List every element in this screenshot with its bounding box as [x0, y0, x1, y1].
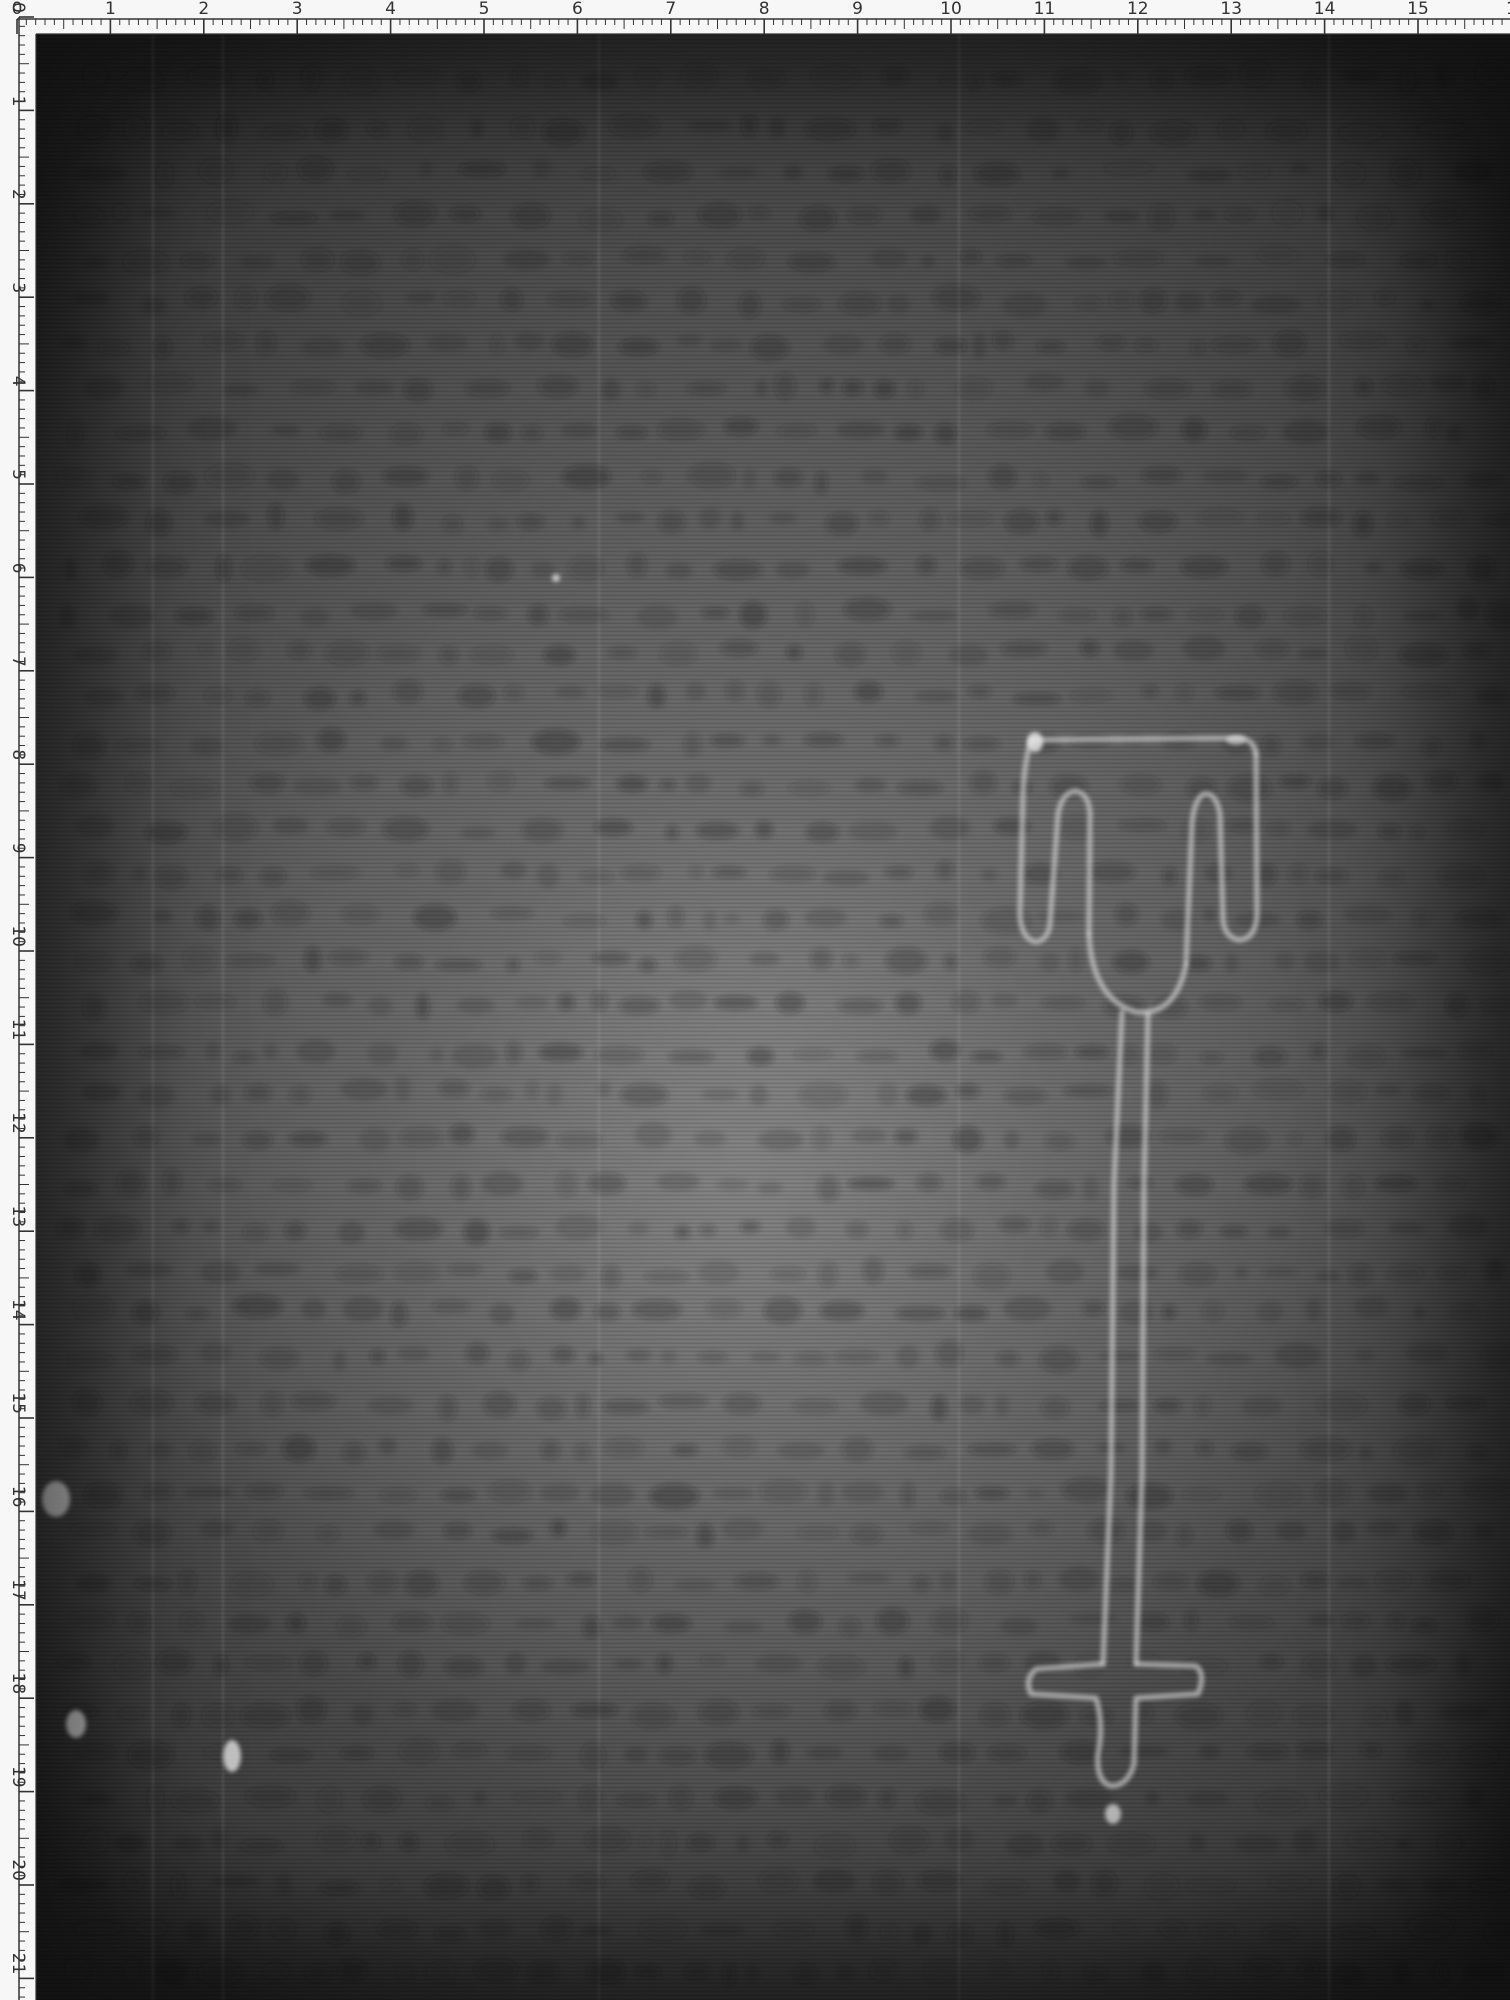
ruler-label: 12 — [1127, 0, 1149, 19]
ruler-label: 12 — [8, 1112, 28, 1134]
ruler-label: 1 — [105, 0, 116, 19]
ruler-label: 15 — [1407, 0, 1429, 19]
ruler-label: 13 — [8, 1206, 28, 1228]
ruler-label: 13 — [1220, 0, 1242, 19]
ruler-label: 8 — [8, 749, 28, 760]
ruler-label: 2 — [198, 0, 209, 19]
ruler-label: 6 — [572, 0, 583, 19]
ruler-label: 3 — [8, 282, 28, 293]
ruler-label: 14 — [1314, 0, 1336, 19]
ruler-scale: 0123456789101112131415101234567891011121… — [0, 0, 1510, 2000]
ruler-label: 9 — [852, 0, 863, 19]
ruler-label: 3 — [292, 0, 303, 19]
ruler-label: 0 — [8, 2, 28, 13]
ruler-label: 5 — [8, 469, 28, 480]
ruler-label: 19 — [8, 1766, 28, 1788]
ruler-label: 2 — [8, 189, 28, 200]
ruler-label: 11 — [1034, 0, 1056, 19]
ruler-label: 4 — [385, 0, 396, 19]
ruler-label: 9 — [8, 843, 28, 854]
ruler-label: 5 — [479, 0, 490, 19]
ruler-label: 14 — [8, 1299, 28, 1321]
ruler-label: 4 — [8, 376, 28, 387]
ruler-label: 18 — [8, 1673, 28, 1695]
ruler-label: 11 — [8, 1019, 28, 1041]
ruler-label: 17 — [8, 1579, 28, 1601]
ruler-label: 7 — [8, 656, 28, 667]
ruler-label: 21 — [8, 1953, 28, 1975]
ruler-label: 20 — [8, 1859, 28, 1881]
ruler-label: 15 — [8, 1392, 28, 1414]
ruler-label: 16 — [8, 1486, 28, 1508]
ruler-label: 6 — [8, 563, 28, 574]
ruler-label: 10 — [8, 925, 28, 947]
ruler-label: 1 — [1506, 0, 1510, 19]
ruler-label: 10 — [940, 0, 962, 19]
ruler-label: 8 — [759, 0, 770, 19]
ruler-label: 1 — [8, 96, 28, 107]
ruler-label: 7 — [665, 0, 676, 19]
